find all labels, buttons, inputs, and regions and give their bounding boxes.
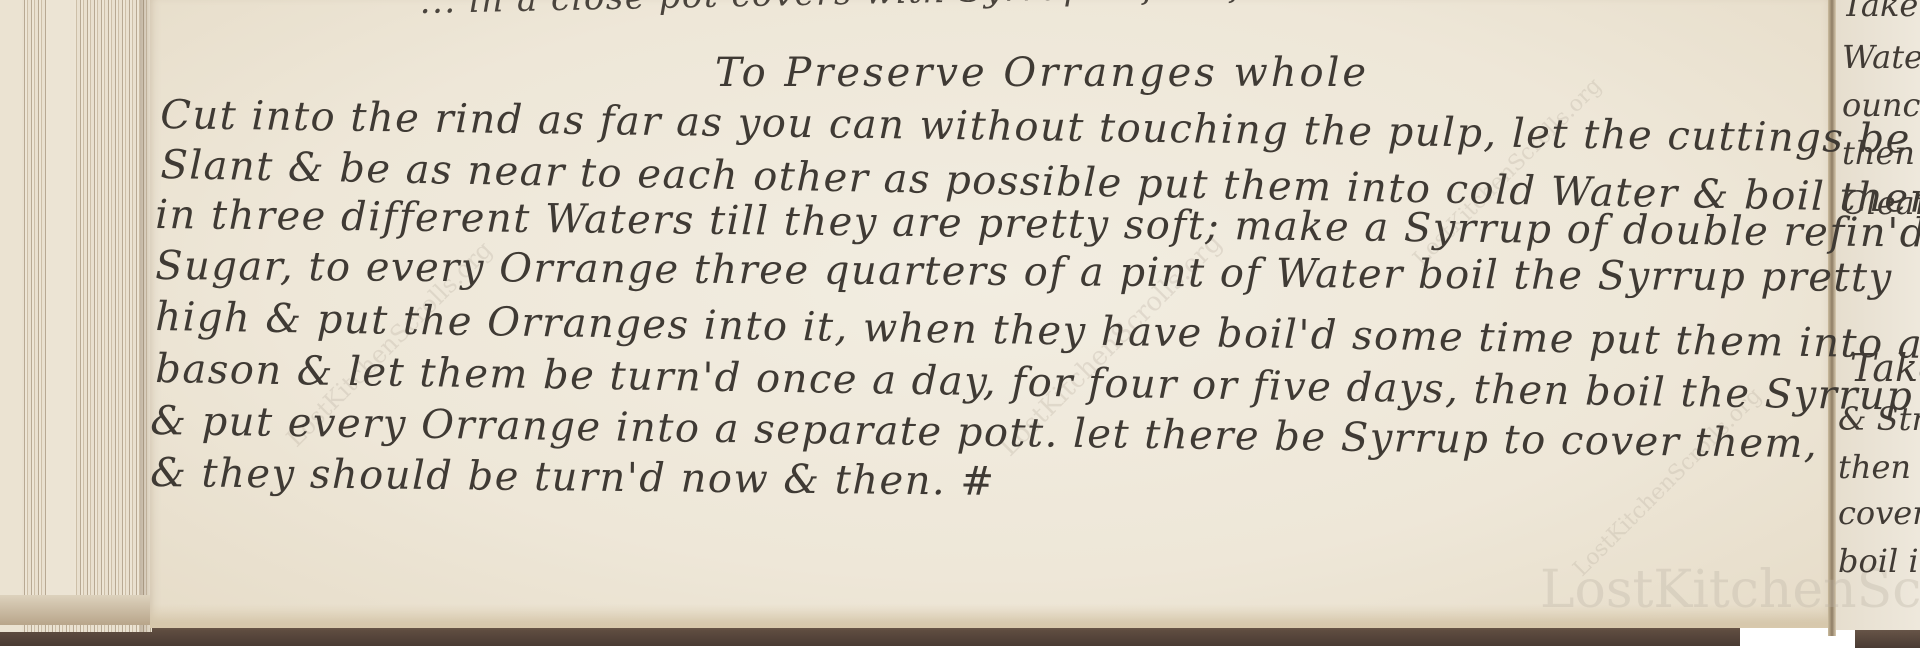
facing-page-fragment: cover (1838, 494, 1920, 532)
facing-page-fragment: then (1838, 448, 1911, 486)
facing-page-fragment: boil i (1838, 542, 1919, 580)
stacked-page-edges (0, 0, 152, 632)
manuscript-scan: LostKitchenScrolls.org LostKitchenScroll… (0, 0, 1920, 659)
recipe-line: & they should be turn'd now & then. # (150, 450, 996, 505)
recipe-title: To Preserve Orranges whole (715, 50, 1369, 96)
book-gutter (1828, 0, 1836, 636)
page-edge-bottom (0, 595, 152, 625)
facing-page-fragment: Take (1850, 346, 1920, 390)
page-bottom-shading (150, 604, 1832, 628)
facing-page-fragment: Clean (1842, 184, 1920, 222)
page-edge-band (48, 0, 74, 600)
facing-page-fragment: Water (1842, 38, 1920, 76)
page-edge-band (0, 0, 22, 632)
facing-page-fragment: Take (1842, 0, 1918, 24)
facing-page-fragment: & Strai (1838, 400, 1920, 438)
facing-page-fragment: ounce (1842, 86, 1920, 124)
facing-page-fragment: then (1842, 134, 1915, 172)
